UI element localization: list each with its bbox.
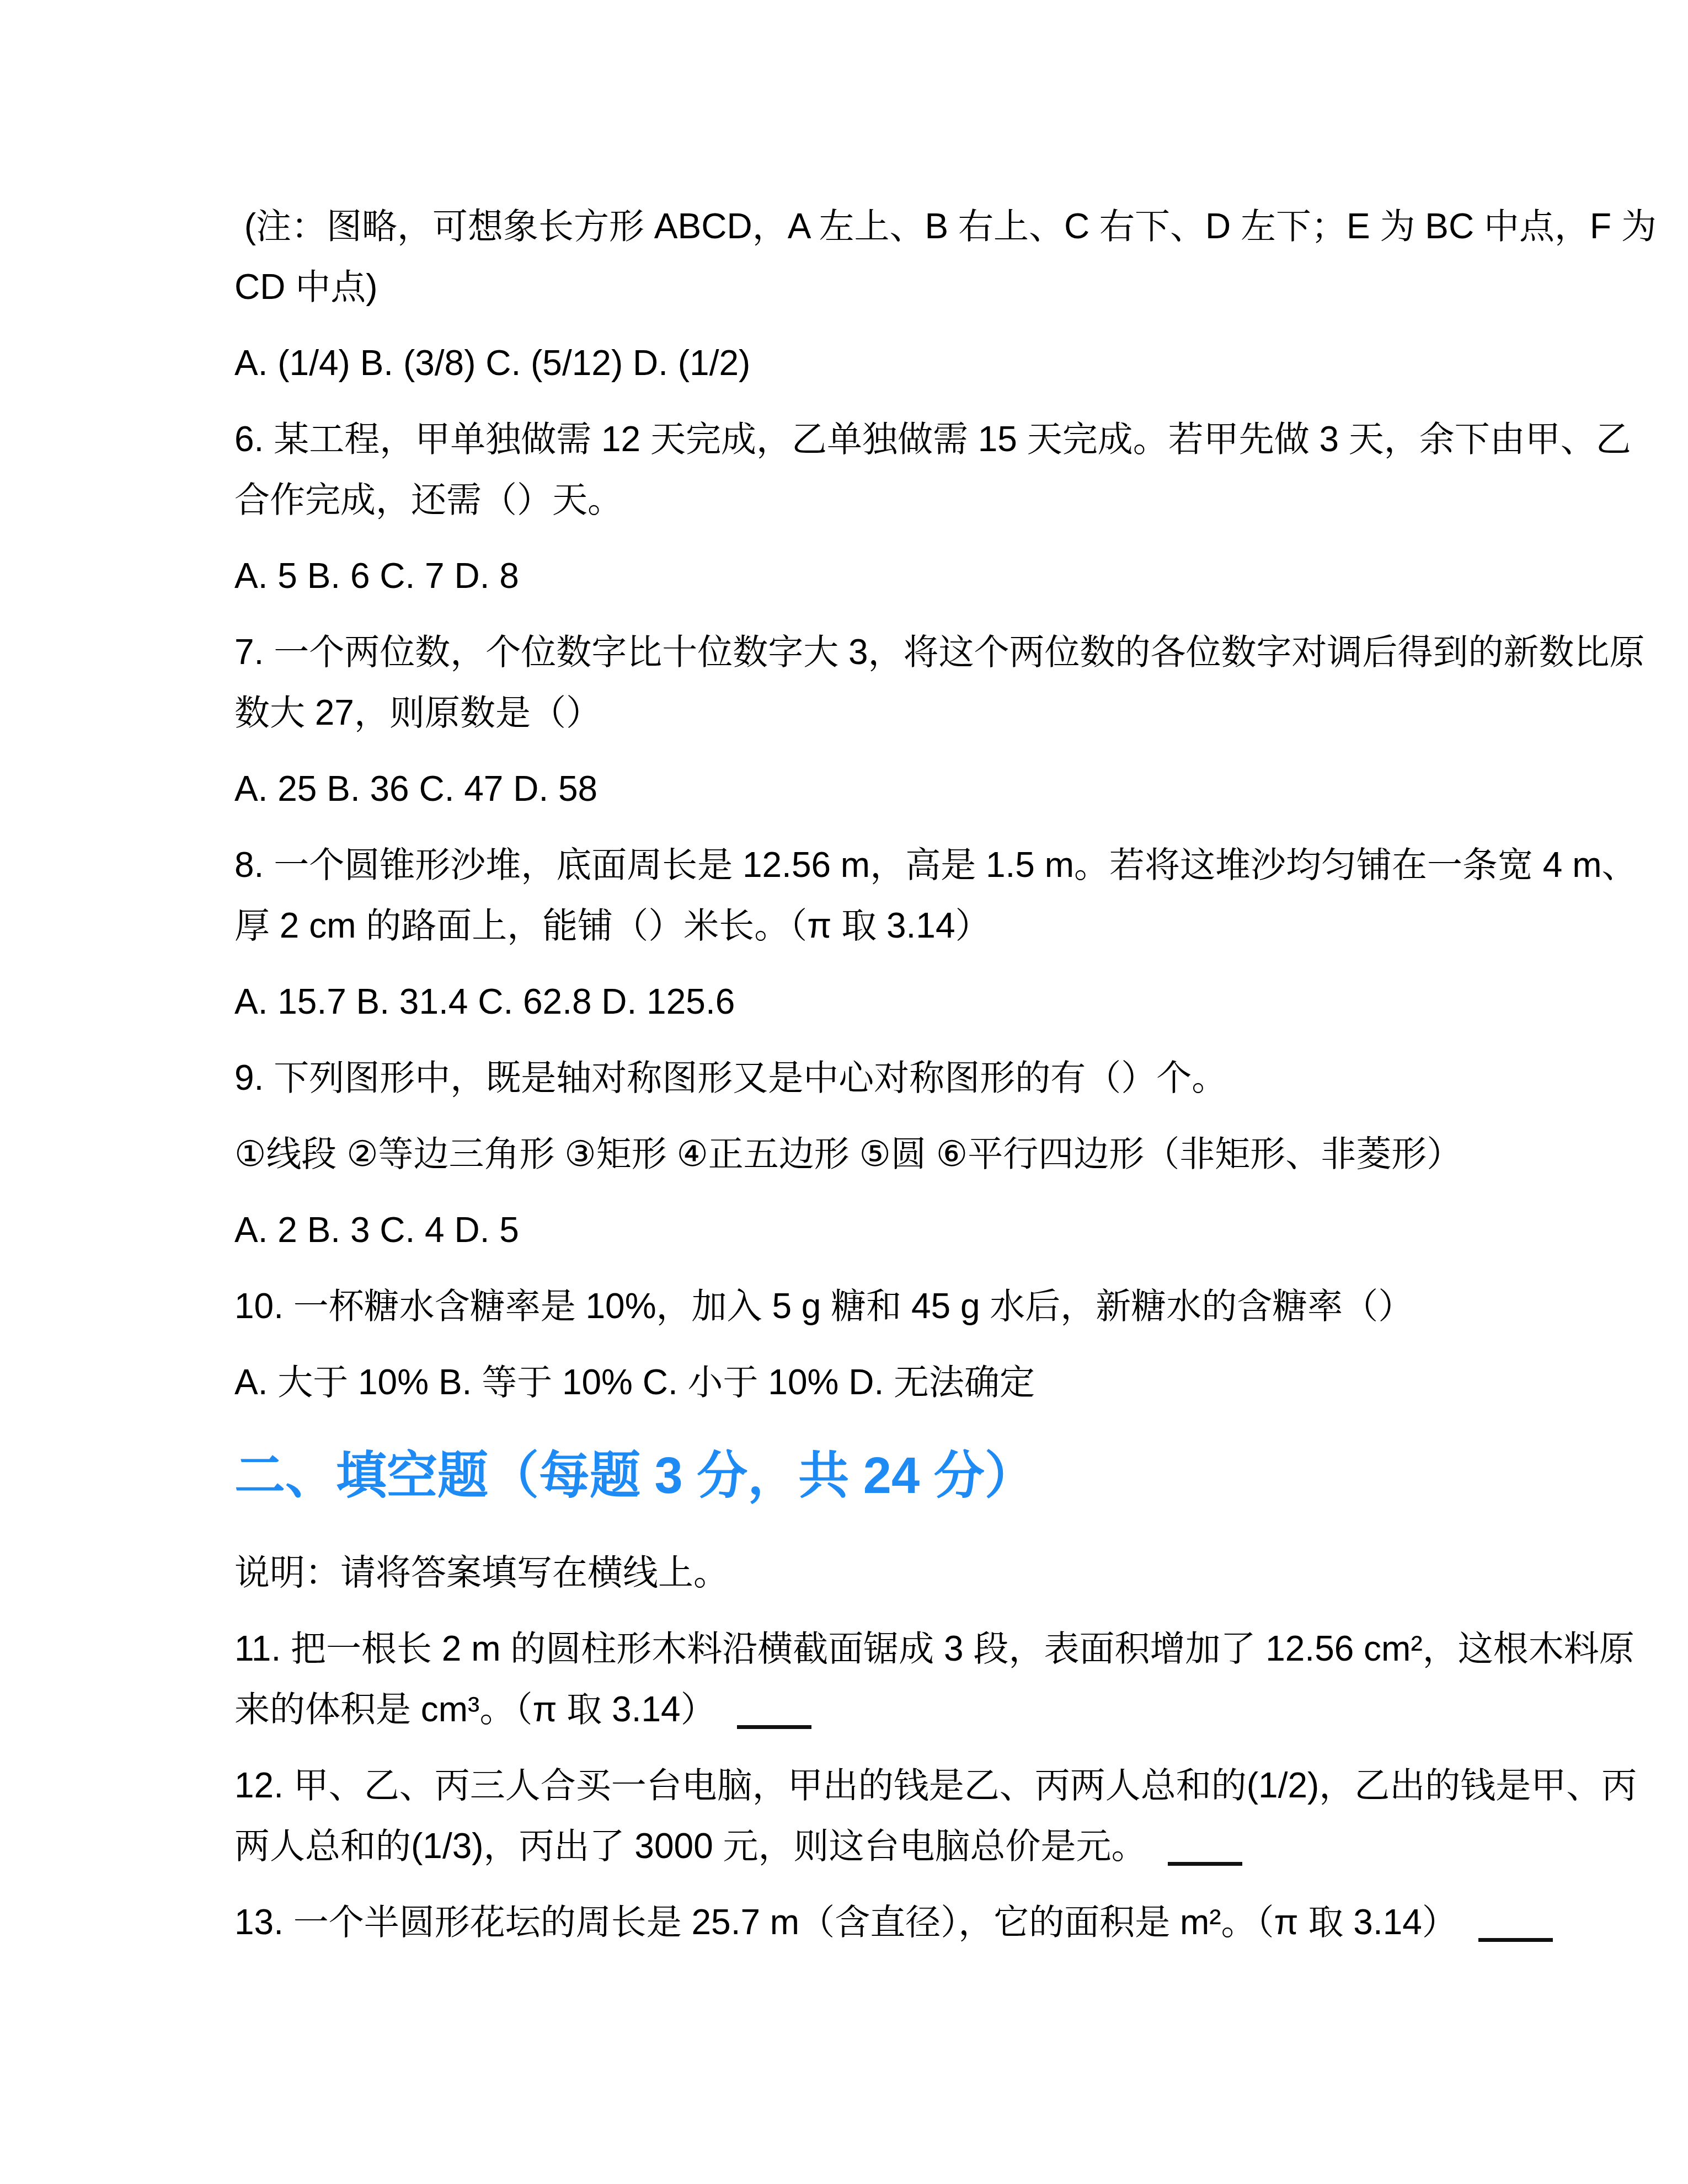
question-12-line-1: 12. 甲、乙、丙三人合买一台电脑，甲出的钱是乙、丙两人总和的(1/2)，乙出的… (234, 1755, 1506, 1816)
question-10-line-1: 10. 一杯糖水含糖率是 10%，加入 5 g 糖和 45 g 水后，新糖水的含… (234, 1276, 1506, 1336)
question-9-line-1: 9. 下列图形中，既是轴对称图形又是中心对称图形的有（）个。 (234, 1047, 1506, 1108)
section-2-instruction: 说明：请将答案填写在横线上。 (234, 1542, 1506, 1603)
question-7-options: A. 25 B. 36 C. 47 D. 58 (234, 758, 1506, 819)
section-2-heading: 二、填空题（每题 3 分，共 24 分） (234, 1434, 1506, 1517)
answer-blank-q11 (737, 1724, 811, 1729)
answer-blank-q13 (1478, 1937, 1553, 1942)
question-12-line-2-text: 两人总和的(1/3)，丙出了 3000 元，则这台电脑总价是元。 (234, 1826, 1147, 1866)
question-9-items-line: ①线段 ②等边三角形 ③矩形 ④正五边形 ⑤圆 ⑥平行四边形（非矩形、非菱形） (234, 1123, 1506, 1184)
question-11-line-2: 来的体积是 cm³。（π 取 3.14） (234, 1679, 1506, 1739)
question-11-line-2-text: 来的体积是 cm³。（π 取 3.14） (234, 1689, 716, 1729)
question-8-line-2: 厚 2 cm 的路面上，能铺（）米长。（π 取 3.14） (234, 895, 1506, 956)
document-page: (注：图略，可想象长方形 ABCD，A 左上、B 右上、C 右下、D 左下；E … (0, 0, 1688, 2184)
question-6-options: A. 5 B. 6 C. 7 D. 8 (234, 545, 1506, 606)
question-5-options: A. (1/4) B. (3/8) C. (5/12) D. (1/2) (234, 333, 1506, 393)
figure-note-line-2: CD 中点) (234, 256, 1506, 317)
question-8-line-1: 8. 一个圆锥形沙堆，底面周长是 12.56 m，高是 1.5 m。若将这堆沙均… (234, 834, 1506, 895)
question-12-line-2: 两人总和的(1/3)，丙出了 3000 元，则这台电脑总价是元。 (234, 1816, 1506, 1876)
question-11-line-1: 11. 把一根长 2 m 的圆柱形木料沿横截面锯成 3 段，表面积增加了 12.… (234, 1618, 1506, 1679)
question-13-line-1: 13. 一个半圆形花坛的周长是 25.7 m（含直径），它的面积是 m²。（π … (234, 1892, 1506, 1952)
question-10-options: A. 大于 10% B. 等于 10% C. 小于 10% D. 无法确定 (234, 1352, 1506, 1412)
question-9-options: A. 2 B. 3 C. 4 D. 5 (234, 1200, 1506, 1260)
question-8-options: A. 15.7 B. 31.4 C. 62.8 D. 125.6 (234, 971, 1506, 1032)
question-7-line-1: 7. 一个两位数，个位数字比十位数字大 3，将这个两位数的各位数字对调后得到的新… (234, 622, 1506, 682)
question-7-line-2: 数大 27，则原数是（） (234, 682, 1506, 743)
question-6-line-1: 6. 某工程，甲单独做需 12 天完成，乙单独做需 15 天完成。若甲先做 3 … (234, 409, 1506, 469)
question-13-line-1-text: 13. 一个半圆形花坛的周长是 25.7 m（含直径），它的面积是 m²。（π … (234, 1902, 1457, 1942)
figure-note-line-1: (注：图略，可想象长方形 ABCD，A 左上、B 右上、C 右下、D 左下；E … (234, 196, 1506, 256)
answer-blank-q12 (1168, 1861, 1242, 1866)
question-6-line-2: 合作完成，还需（）天。 (234, 469, 1506, 530)
